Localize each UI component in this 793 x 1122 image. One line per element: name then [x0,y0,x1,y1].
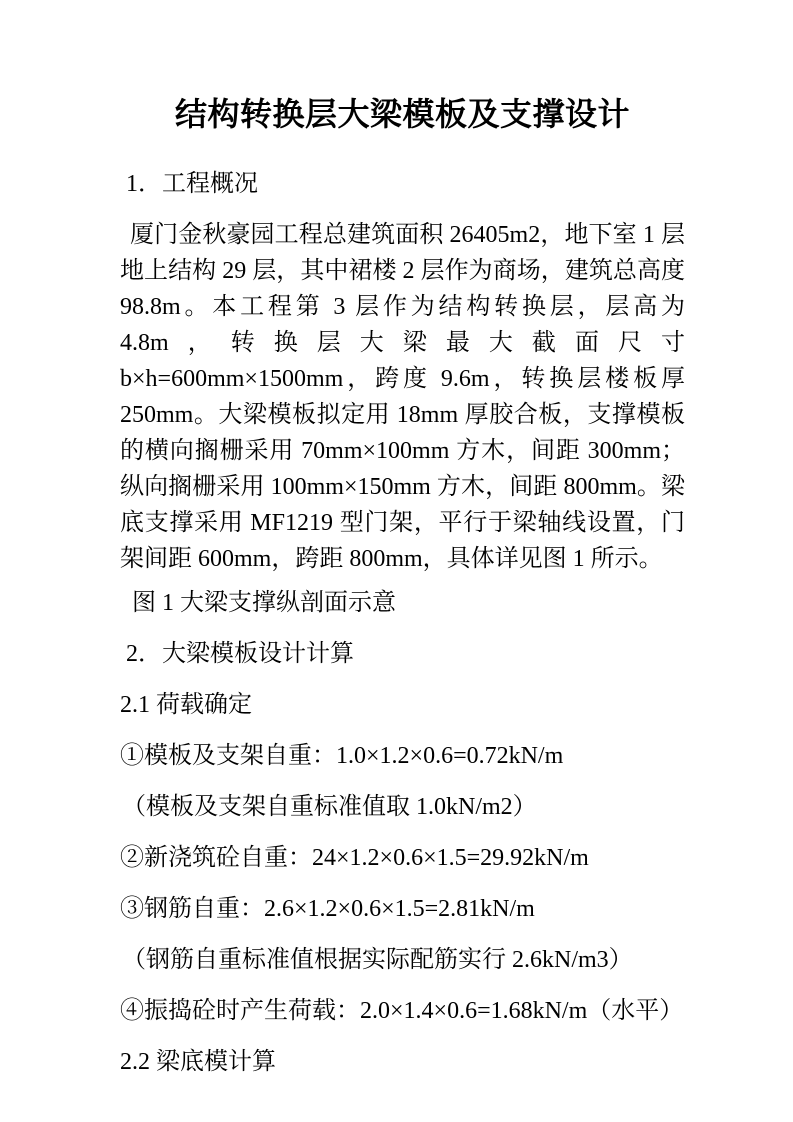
section-heading-2-1: 2.1 荷载确定 [120,687,685,723]
load-note-1: （模板及支架自重标准值取 1.0kN/m2） [120,789,685,825]
section-heading-2: 2．大梁模板设计计算 [120,636,685,672]
load-item-3: ③钢筋自重：2.6×1.2×0.6×1.5=2.81kN/m [120,891,685,927]
load-note-2: （钢筋自重标准值根据实际配筋实行 2.6kN/m3） [120,942,685,978]
document-content: 结构转换层大梁模板及支撑设计 1．工程概况 厦门金秋豪园工程总建筑面积 2640… [0,0,793,1080]
load-item-2: ②新浇筑砼自重：24×1.2×0.6×1.5=29.92kN/m [120,840,685,876]
load-item-4: ④振捣砼时产生荷载：2.0×1.4×0.6=1.68kN/m（水平） [120,993,685,1029]
paragraph-overview: 厦门金秋豪园工程总建筑面积 26405m2，地下室 1 层地上结构 29 层，其… [120,217,685,577]
figure-1-caption: 图 1 大梁支撑纵剖面示意 [120,585,685,621]
document-title: 结构转换层大梁模板及支撑设计 [120,92,685,136]
section-heading-1: 1．工程概况 [120,166,685,202]
section-heading-2-2: 2.2 梁底模计算 [120,1044,685,1080]
document-page: 结构转换层大梁模板及支撑设计 1．工程概况 厦门金秋豪园工程总建筑面积 2640… [0,0,793,1122]
load-item-1: ①模板及支架自重：1.0×1.2×0.6=0.72kN/m [120,738,685,774]
